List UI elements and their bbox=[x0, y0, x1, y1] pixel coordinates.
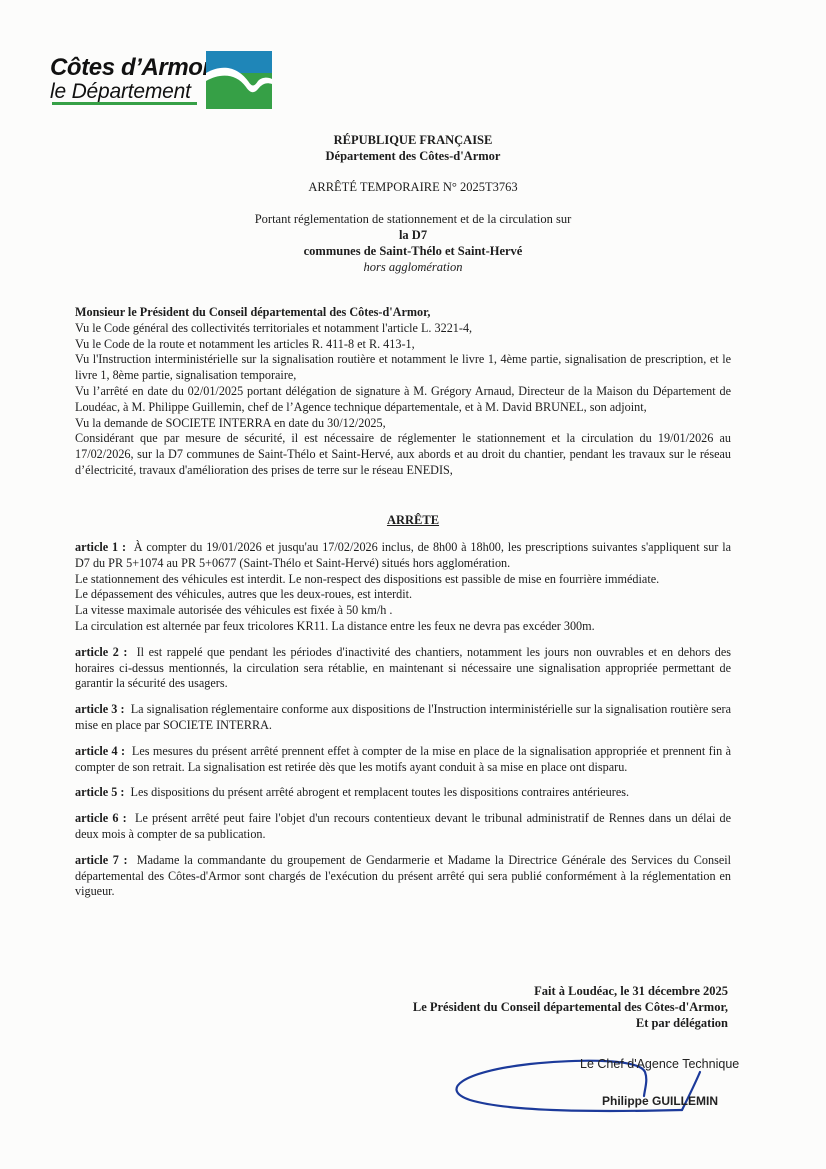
place-date: Fait à Loudéac, le 31 décembre 2025 bbox=[413, 983, 728, 999]
republique-heading: RÉPUBLIQUE FRANÇAISE bbox=[0, 133, 826, 148]
signer-title: Le Chef d'Agence Technique bbox=[580, 1057, 739, 1071]
articles: article 1 : À compter du 19/01/2026 et j… bbox=[75, 540, 731, 910]
article-label: article 4 : bbox=[75, 744, 125, 758]
vu-clause: Vu l’arrêté en date du 02/01/2025 portan… bbox=[75, 384, 731, 416]
communes: communes de Saint-Thélo et Saint-Hervé bbox=[0, 244, 826, 259]
article-line: La vitesse maximale autorisée des véhicu… bbox=[75, 603, 731, 619]
article-7: article 7 : Madame la commandante du gro… bbox=[75, 853, 731, 900]
article-label: article 1 : bbox=[75, 540, 126, 554]
vu-clause: Vu le Code de la route et notamment les … bbox=[75, 337, 731, 353]
article-3: article 3 : La signalisation réglementai… bbox=[75, 702, 731, 734]
article-line: Le stationnement des véhicules est inter… bbox=[75, 572, 731, 588]
article-label: article 6 : bbox=[75, 811, 127, 825]
road-name: la D7 bbox=[0, 228, 826, 243]
article-6: article 6 : Le présent arrêté peut faire… bbox=[75, 811, 731, 843]
logo-underline bbox=[52, 102, 197, 105]
article-label: article 3 : bbox=[75, 702, 125, 716]
article-text: Les mesures du présent arrêté prennent e… bbox=[75, 744, 731, 774]
article-text: Madame la commandante du groupement de G… bbox=[75, 853, 731, 899]
logo-line-1: Côtes d’Armor bbox=[50, 56, 212, 80]
signature-block: Fait à Loudéac, le 31 décembre 2025 Le P… bbox=[413, 983, 728, 1031]
article-2: article 2 : Il est rappelé que pendant l… bbox=[75, 645, 731, 692]
vu-clause: Vu le Code général des collectivités ter… bbox=[75, 321, 731, 337]
location-qualifier: hors agglomération bbox=[0, 260, 826, 275]
vu-clause: Vu l'Instruction interministérielle sur … bbox=[75, 352, 731, 384]
article-text: Il est rappelé que pendant les périodes … bbox=[75, 645, 731, 691]
considerant-clause: Considérant que par mesure de sécurité, … bbox=[75, 431, 731, 478]
article-4: article 4 : Les mesures du présent arrêt… bbox=[75, 744, 731, 776]
article-label: article 5 : bbox=[75, 785, 124, 799]
delegation-note: Et par délégation bbox=[413, 1015, 728, 1031]
president-title: Monsieur le Président du Conseil départe… bbox=[75, 305, 731, 321]
article-label: article 2 : bbox=[75, 645, 127, 659]
article-line: La circulation est alternée par feux tri… bbox=[75, 619, 731, 635]
signatory-authority: Le Président du Conseil départemental de… bbox=[413, 999, 728, 1015]
logo-emblem-icon bbox=[206, 51, 272, 109]
article-label: article 7 : bbox=[75, 853, 128, 867]
signer-name: Philippe GUILLEMIN bbox=[602, 1094, 718, 1108]
article-5: article 5 : Les dispositions du présent … bbox=[75, 785, 731, 801]
article-1: article 1 : À compter du 19/01/2026 et j… bbox=[75, 540, 731, 635]
article-text: À compter du 19/01/2026 et jusqu'au 17/0… bbox=[75, 540, 731, 570]
arrete-subject: Portant réglementation de stationnement … bbox=[0, 212, 826, 227]
article-line: Le dépassement des véhicules, autres que… bbox=[75, 587, 731, 603]
departement-heading: Département des Côtes-d'Armor bbox=[0, 149, 826, 164]
preamble: Monsieur le Président du Conseil départe… bbox=[75, 305, 731, 479]
article-text: La signalisation réglementaire conforme … bbox=[75, 702, 731, 732]
logo-line-2: le Département bbox=[50, 81, 191, 102]
article-text: Le présent arrêté peut faire l'objet d'u… bbox=[75, 811, 731, 841]
article-text: Les dispositions du présent arrêté abrog… bbox=[131, 785, 630, 799]
vu-clause: Vu la demande de SOCIETE INTERRA en date… bbox=[75, 416, 731, 432]
arrete-title: ARRÊTE bbox=[0, 513, 826, 528]
arrete-number: ARRÊTÉ TEMPORAIRE N° 2025T3763 bbox=[0, 180, 826, 195]
